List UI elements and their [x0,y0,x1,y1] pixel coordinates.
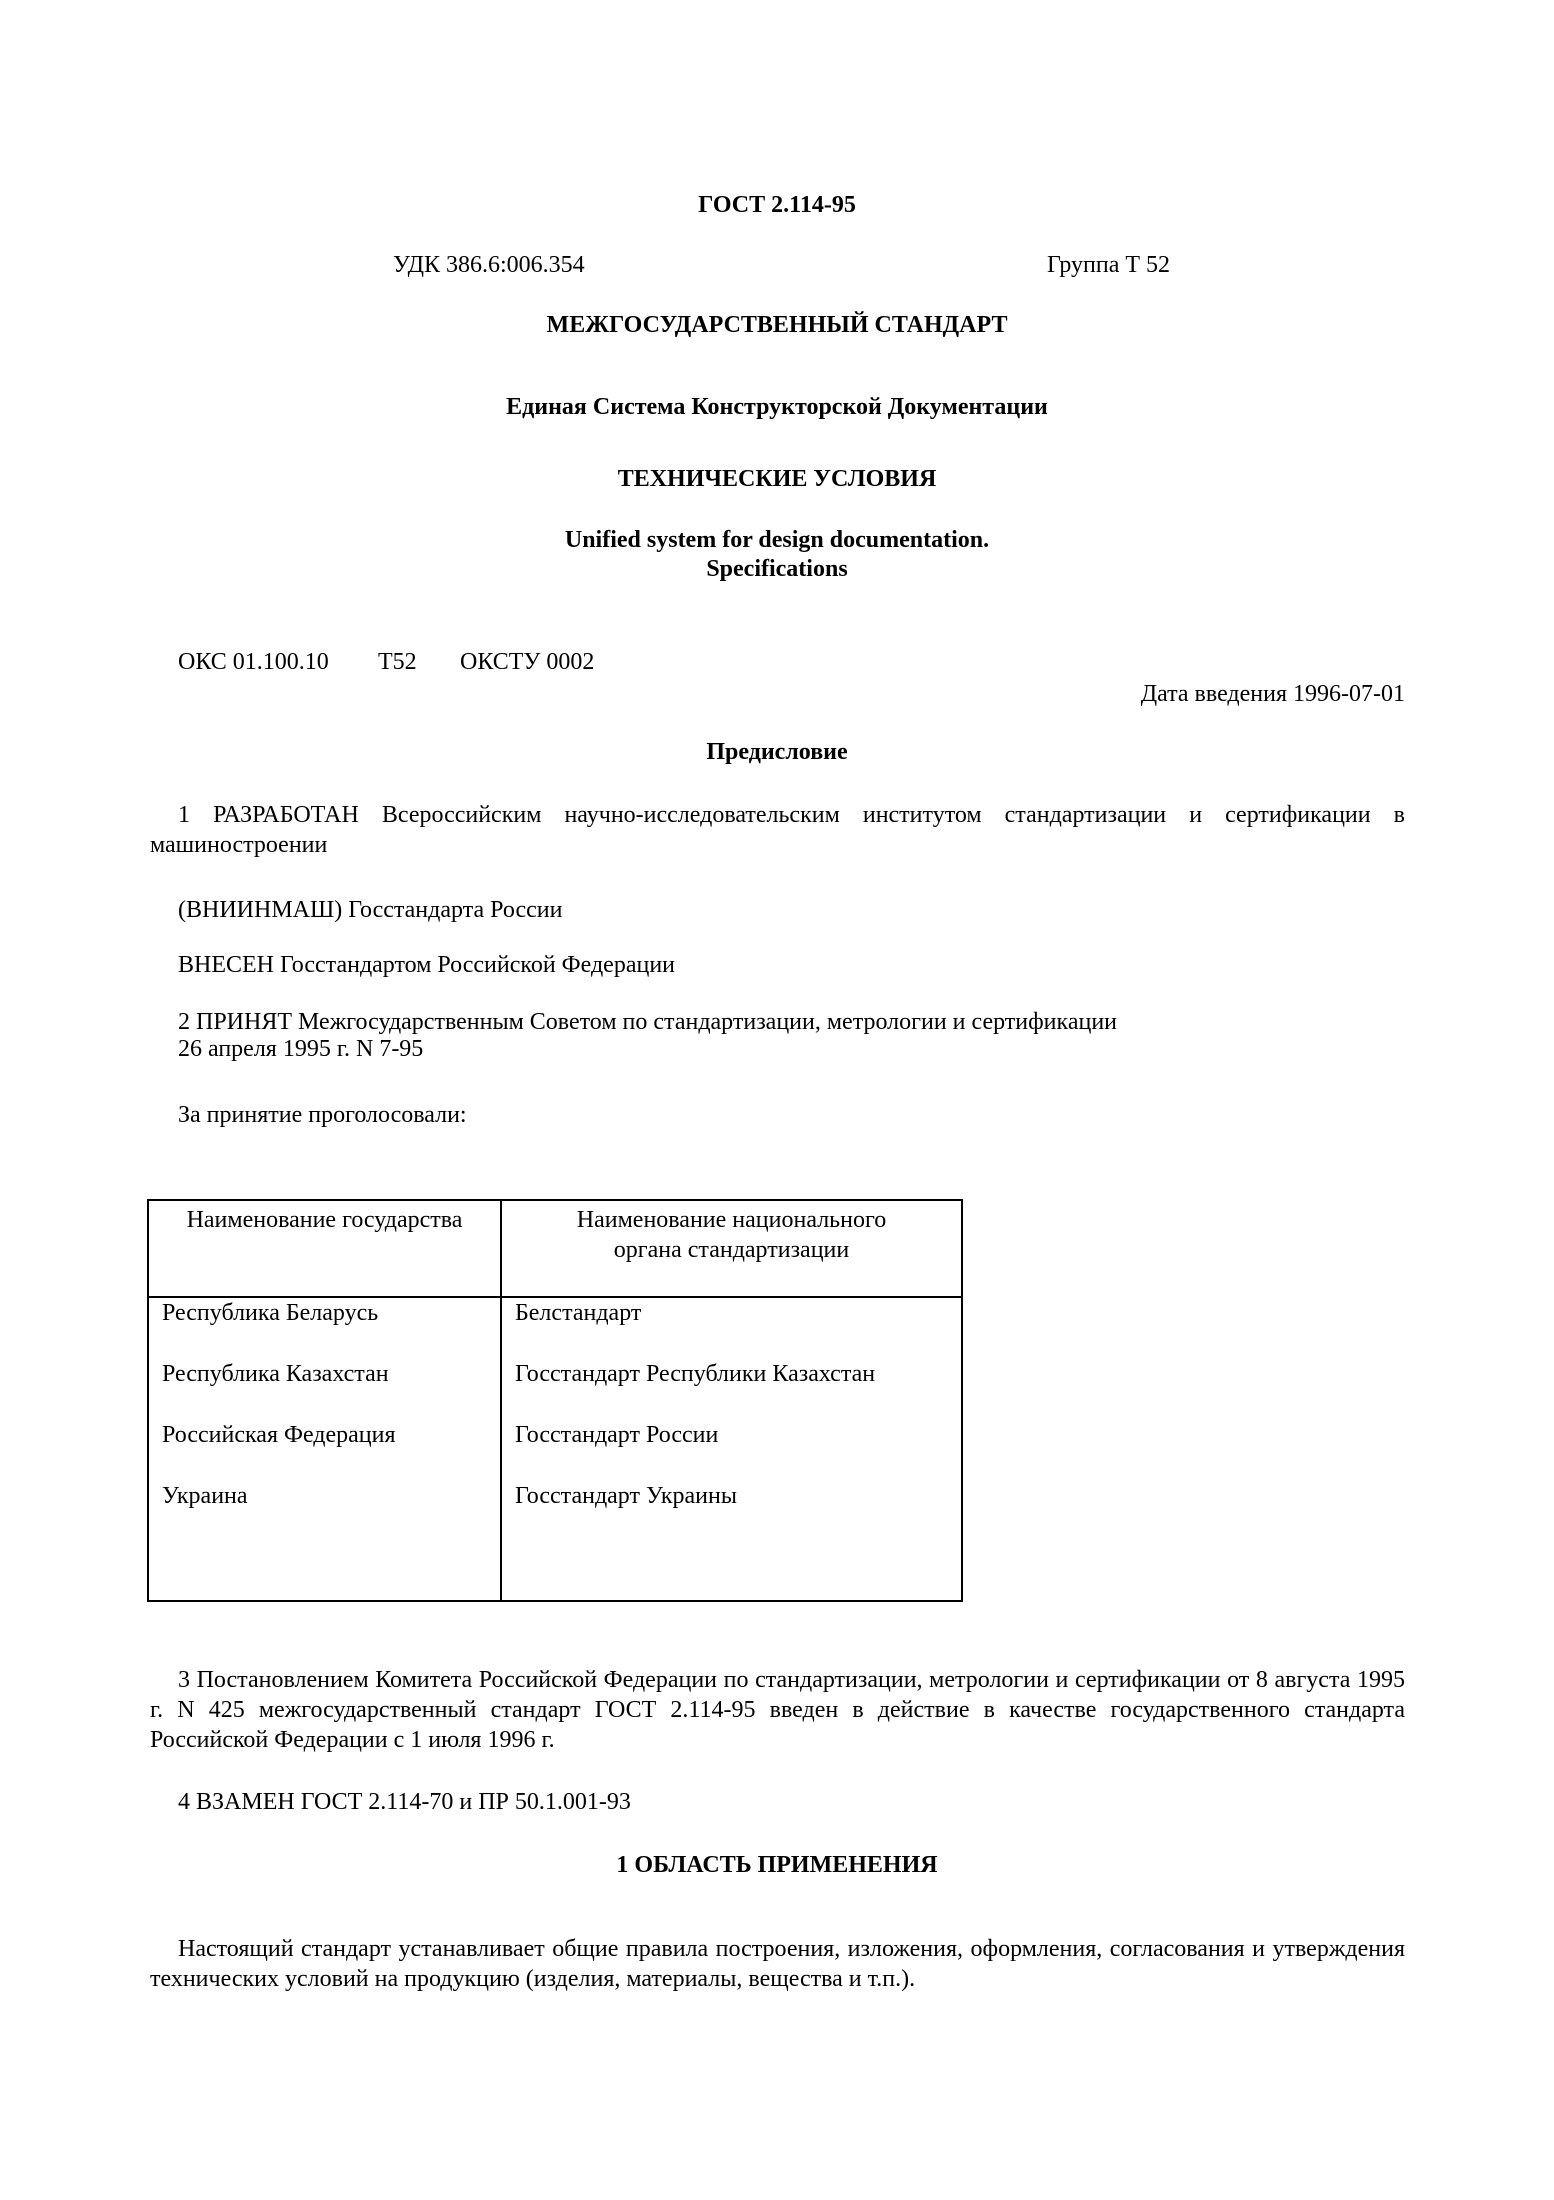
system-name: Единая Система Конструкторской Документа… [0,392,1554,422]
header-national-body: Наименование национального органа станда… [501,1200,962,1297]
table-cell-state: Республика Беларусь [149,1298,500,1359]
foreword-p3: 3 Постановлением Комитета Российской Фед… [150,1665,1405,1755]
title-ru: ТЕХНИЧЕСКИЕ УСЛОВИЯ [0,464,1554,494]
table-cell-state: Республика Казахстан [149,1359,500,1420]
table-cell-body: Госстандарт России [502,1420,961,1481]
foreword-p1b: (ВНИИНМАШ) Госстандарта России [178,895,562,925]
classifier-oks: ОКС 01.100.10 [178,647,329,677]
group-code: Группа Т 52 [1030,250,1170,280]
header-national-body-line2: органа стандартизации [502,1235,961,1265]
table-body-row: Республика Беларусь Республика Казахстан… [148,1297,962,1601]
table-cell-body: Госстандарт Республики Казахстан [502,1359,961,1420]
udk-code: УДК 386.6:006.354 [393,250,585,280]
header-state: Наименование государства [148,1200,501,1297]
classifier-okstu: ОКСТУ 0002 [460,647,594,677]
table-cell-body: Белстандарт [502,1298,961,1359]
states-cell: Республика Беларусь Республика Казахстан… [148,1297,501,1601]
title-en-line1: Unified system for design documentation. [0,525,1554,555]
title-en-line2: Specifications [0,554,1554,584]
bodies-cell: Белстандарт Госстандарт Республики Казах… [501,1297,962,1601]
section1-p1: Настоящий стандарт устанавливает общие п… [150,1934,1405,1994]
foreword-heading: Предисловие [0,737,1554,767]
standard-type: МЕЖГОСУДАРСТВЕННЫЙ СТАНДАРТ [0,310,1554,340]
table-cell-body: Госстандарт Украины [502,1481,961,1542]
table-cell-state: Украина [149,1481,500,1542]
section1-heading: 1 ОБЛАСТЬ ПРИМЕНЕНИЯ [0,1850,1554,1880]
table-cell-state: Российская Федерация [149,1420,500,1481]
foreword-p2-line2: 26 апреля 1995 г. N 7-95 [178,1034,423,1064]
foreword-p4: 4 ВЗАМЕН ГОСТ 2.114-70 и ПР 50.1.001-93 [178,1787,631,1817]
foreword-p1: 1 РАЗРАБОТАН Всероссийским научно-исслед… [150,800,1405,860]
table-header-row: Наименование государства Наименование на… [148,1200,962,1297]
intro-date: Дата введения 1996-07-01 [905,679,1405,709]
foreword-p2-line1: 2 ПРИНЯТ Межгосударственным Советом по с… [178,1007,1117,1037]
header-national-body-line1: Наименование национального [502,1205,961,1235]
foreword-p1c: ВНЕСЕН Госстандартом Российской Федераци… [178,950,675,980]
classifier-t: Т52 [378,647,417,677]
standard-code: ГОСТ 2.114-95 [0,190,1554,220]
voting-table: Наименование государства Наименование на… [147,1199,963,1602]
voted-label: За принятие проголосовали: [178,1100,467,1130]
